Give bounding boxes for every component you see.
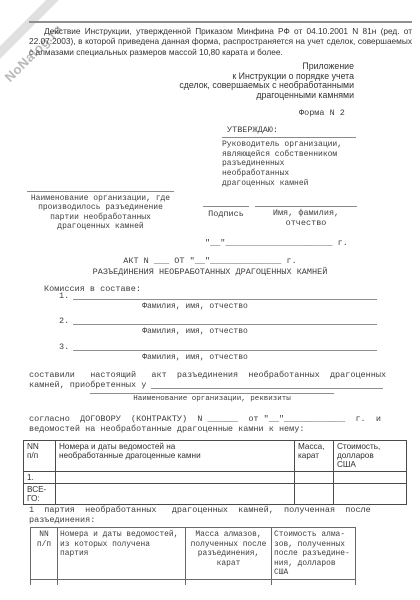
instruction-note: Действие Инструкции, утвержденной Приказ… xyxy=(29,21,412,57)
act-body-paragraph: составили настоящий акт разъединения нео… xyxy=(29,370,383,404)
member-caption: Фамилия, имя, отчество xyxy=(89,353,301,362)
commission-member-1: 1. Фамилия, имя, отчество xyxy=(59,292,377,311)
form-number: Форма N 2 xyxy=(299,108,345,118)
table-cell-empty xyxy=(58,579,186,585)
table-cell-empty xyxy=(295,483,334,504)
table-cell-empty xyxy=(56,471,295,483)
contract-paragraph: согласно ДОГОВОРУ (КОНТРАКТУ) N ______ о… xyxy=(29,414,381,434)
table-cell-empty xyxy=(272,579,356,585)
commission-member-2: 2. Фамилия, имя, отчество xyxy=(59,317,377,336)
table-cell-empty xyxy=(334,483,407,504)
member-fill-row: 1. xyxy=(59,292,377,301)
table-cell-empty xyxy=(31,579,58,585)
table-total-row: ВСЕ- ГО: xyxy=(24,483,407,504)
table1-row1-num: 1. xyxy=(24,471,56,483)
member-number: 1. xyxy=(59,291,69,301)
act-title: АКТ N ___ ОТ "__"______________ г. РАЗЪЕ… xyxy=(20,256,400,277)
org-name-caption: Наименование организации, где производил… xyxy=(27,191,174,231)
approver-title-block: Руководитель организации, являющейся соб… xyxy=(222,137,356,189)
member-caption: Фамилия, имя, отчество xyxy=(89,302,301,311)
split-result-table: NN п/п Номера и даты ведомостей, из кото… xyxy=(30,527,356,585)
member-fill-line xyxy=(73,350,377,351)
act-body-line1: составили настоящий акт разъединения нео… xyxy=(29,370,383,380)
table1-header-nn: NN п/п xyxy=(24,441,56,472)
table2-header-vedomosti: Номера и даты ведомостей, из которых пол… xyxy=(58,528,186,580)
table2-header-nn: NN п/п xyxy=(31,528,58,580)
party-note: 1 партия необработанных драгоценных камн… xyxy=(29,505,371,525)
member-number: 3. xyxy=(59,342,69,352)
member-fill-line xyxy=(73,299,377,300)
table1-header-cost: Стоимость, долларов США xyxy=(334,441,407,472)
table-header-row: NN п/п Номера и даты ведомостей, из кото… xyxy=(31,528,356,580)
member-fill-row: 2. xyxy=(59,317,377,326)
table2-header-cost: Стоимость алма- зов, полученных после ра… xyxy=(272,528,356,580)
commission-member-3: 3. Фамилия, имя, отчество xyxy=(59,343,377,362)
approve-label: УТВЕРЖДАЮ: xyxy=(227,125,278,135)
table1-header-vedomosti: Номера и даты ведомостей на необработанн… xyxy=(56,441,295,472)
acquired-from-label: камней, приобретенных у xyxy=(29,380,151,390)
appendix-note: Приложение к Инструкции о порядке учета … xyxy=(179,62,354,101)
acquired-from-row: камней, приобретенных у xyxy=(29,380,383,390)
member-fill-row: 3. xyxy=(59,343,377,352)
acquired-from-fill-line xyxy=(151,388,383,389)
table1-total-label: ВСЕ- ГО: xyxy=(24,483,56,504)
table-header-row: NN п/п Номера и даты ведомостей на необр… xyxy=(24,441,407,472)
table1-header-mass: Масса, карат xyxy=(295,441,334,472)
table2-header-mass: Масса алмазов, полученных после разъедин… xyxy=(186,528,272,580)
table-row: 1. xyxy=(24,471,407,483)
table-cell-empty xyxy=(186,579,272,585)
document-page: NoNalog.ru Действие Инструкции, утвержде… xyxy=(0,0,420,600)
member-fill-line xyxy=(73,324,377,325)
name-caption: Имя, фамилия, отчество xyxy=(255,206,357,228)
member-caption: Фамилия, имя, отчество xyxy=(89,327,301,336)
member-number: 2. xyxy=(59,316,69,326)
table-row-cutoff xyxy=(31,579,356,585)
table-cell-empty xyxy=(295,471,334,483)
org-requisites-caption: Наименование организации, реквизиты xyxy=(90,393,334,404)
table-cell-empty xyxy=(334,471,407,483)
table-cell-empty xyxy=(56,483,295,504)
vedomosti-table: NN п/п Номера и даты ведомостей на необр… xyxy=(23,440,407,505)
approve-date-line: "__"_____________________ г. xyxy=(205,238,348,248)
signature-caption: Подпись xyxy=(203,206,249,219)
